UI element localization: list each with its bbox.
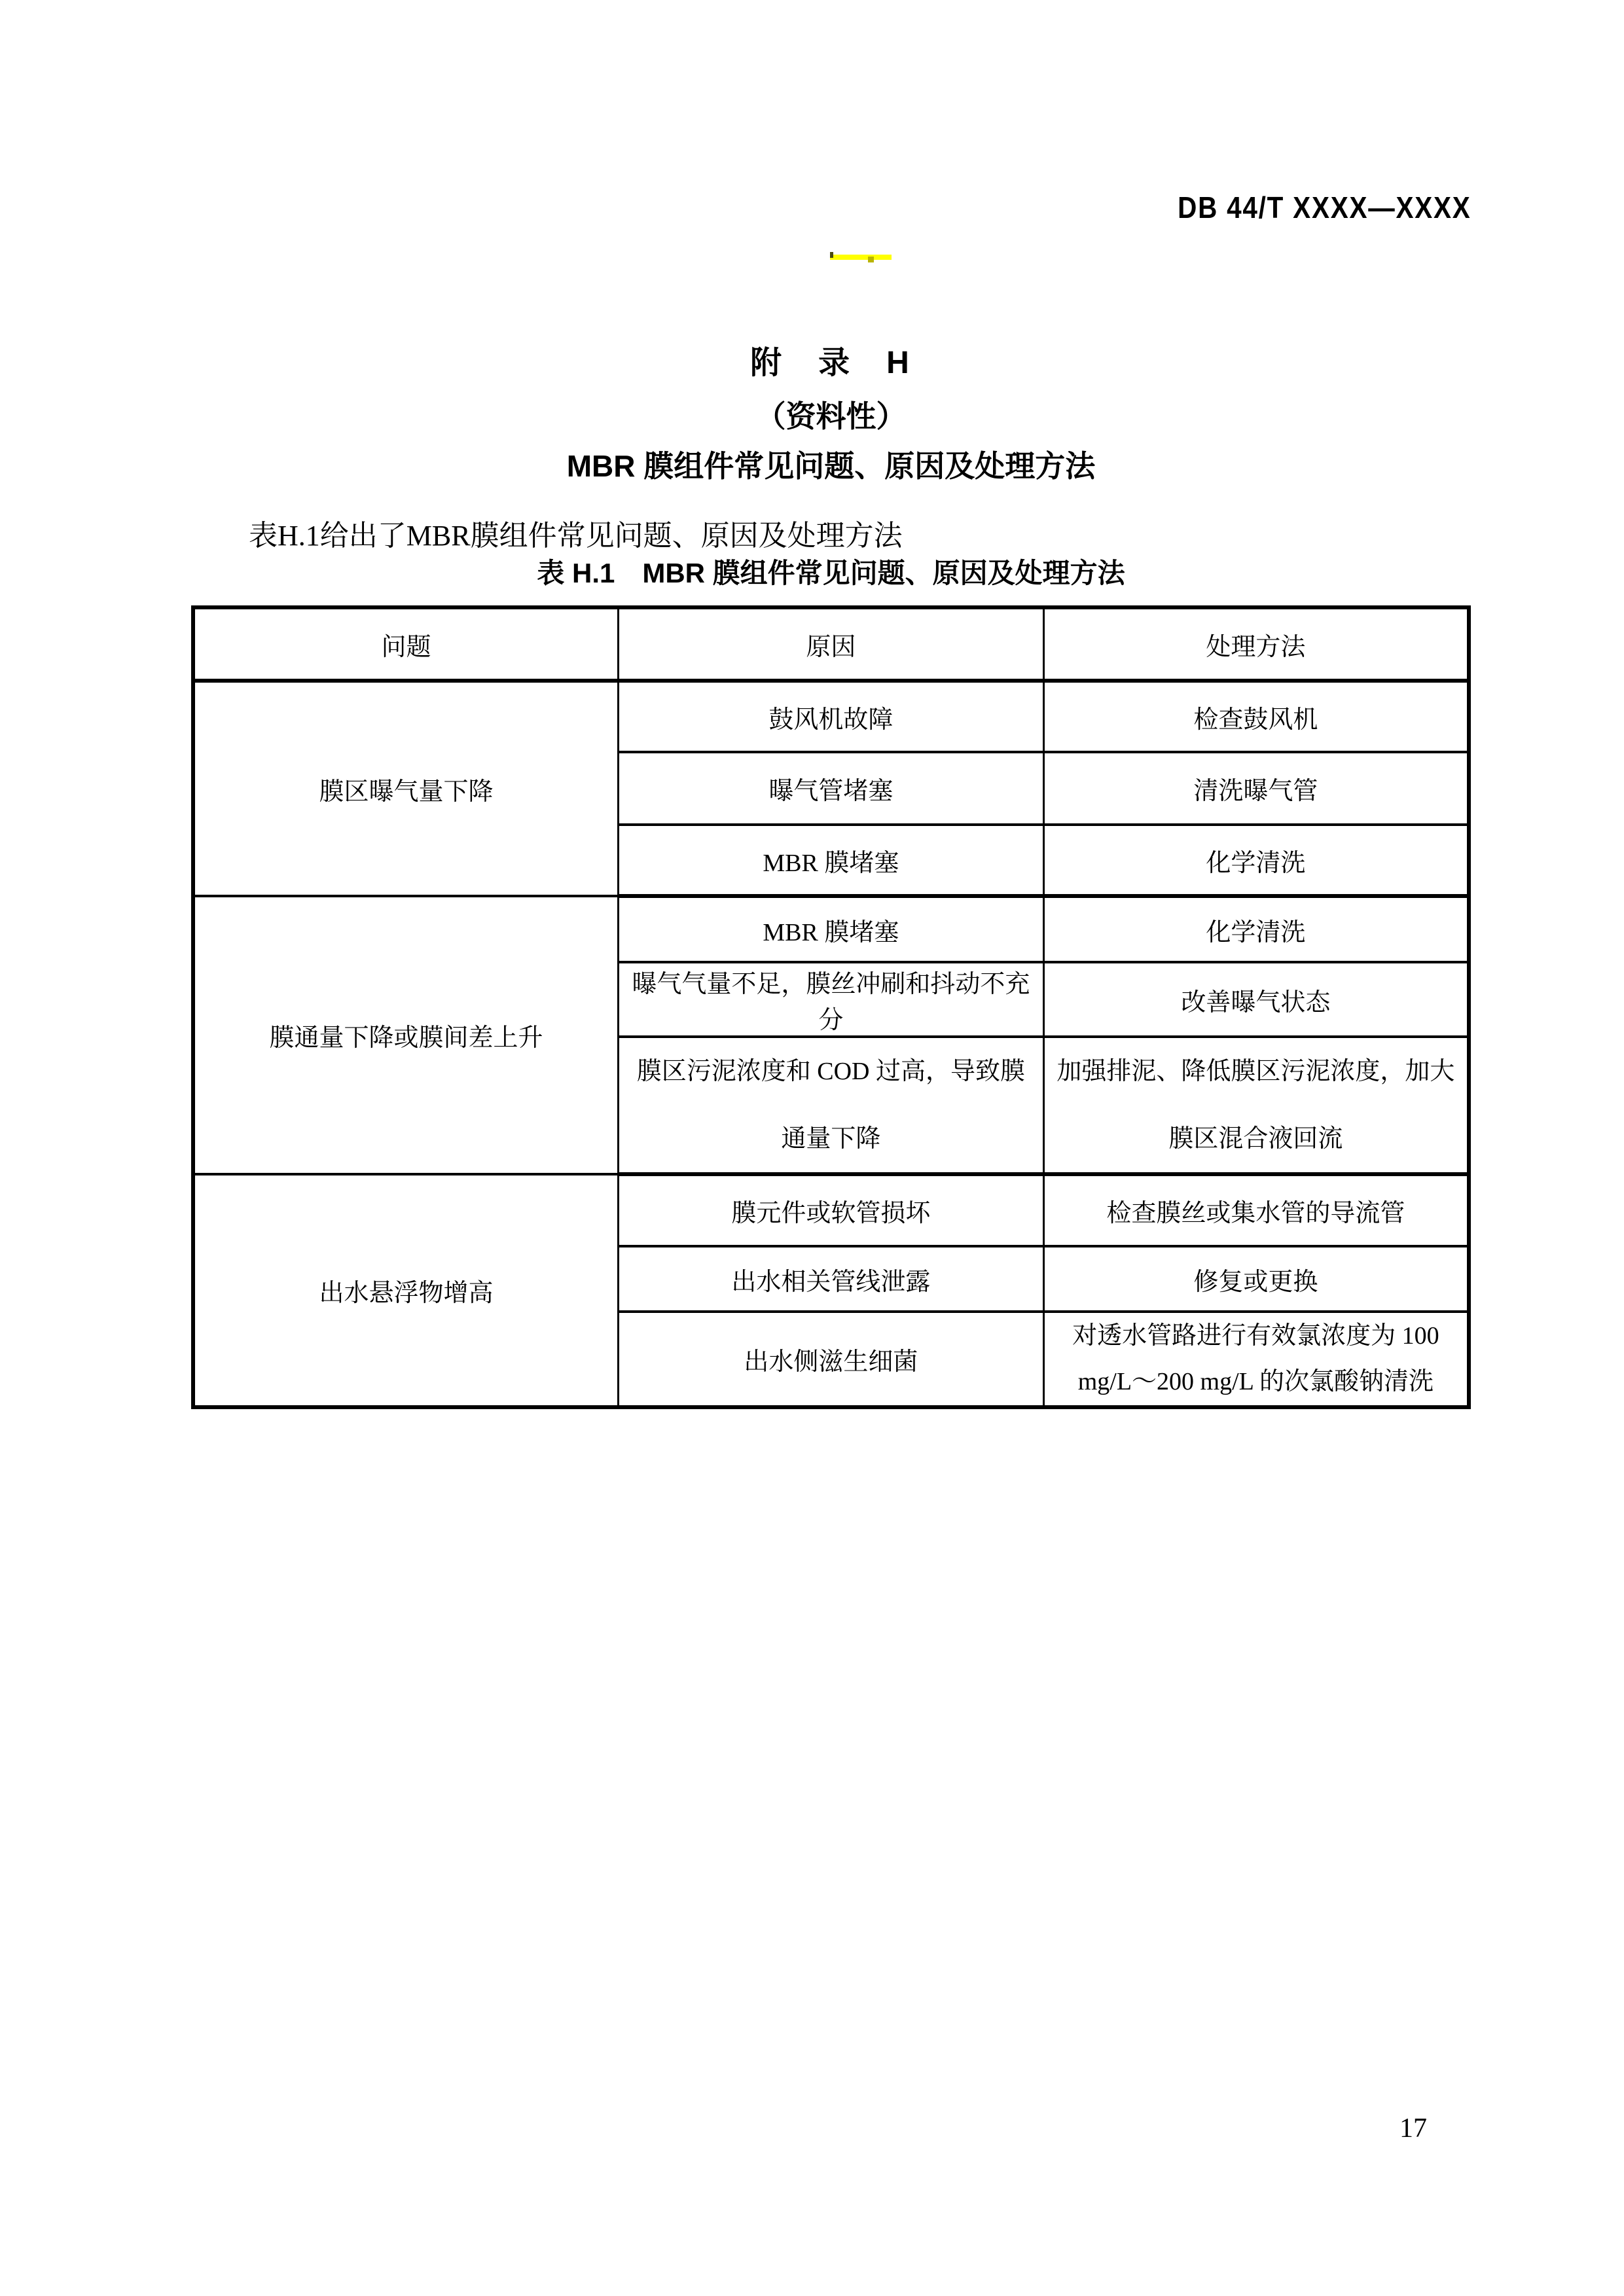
solution-cell: 检查膜丝或集水管的导流管	[1043, 1174, 1469, 1246]
solution-cell: 化学清洗	[1043, 825, 1469, 896]
appendix-subtitle: （资料性）	[191, 393, 1471, 436]
highlight-speck-left	[830, 252, 833, 258]
cause-cell: MBR 膜堵塞	[619, 825, 1044, 896]
table-header-row: 问题 原因 处理方法	[193, 607, 1469, 681]
solution-cell: 清洗曝气管	[1043, 752, 1469, 825]
intro-paragraph: 表H.1给出了MBR膜组件常见问题、原因及处理方法	[191, 518, 1471, 554]
cause-cell: 出水相关管线泄露	[619, 1246, 1044, 1312]
solution-cell: 对透水管路进行有效氯浓度为 100 mg/L～200 mg/L 的次氯酸钠清洗	[1043, 1312, 1469, 1407]
column-header-problem: 问题	[193, 607, 619, 681]
cause-cell: MBR 膜堵塞	[619, 896, 1044, 962]
solution-cell: 改善曝气状态	[1043, 962, 1469, 1037]
column-header-solution: 处理方法	[1043, 607, 1469, 681]
solution-cell: 化学清洗	[1043, 896, 1469, 962]
cause-cell: 出水侧滋生细菌	[619, 1312, 1044, 1407]
cause-cell: 鼓风机故障	[619, 681, 1044, 752]
table-row: 出水悬浮物增高 膜元件或软管损坏 检查膜丝或集水管的导流管	[193, 1174, 1469, 1246]
cause-cell: 膜元件或软管损坏	[619, 1174, 1044, 1246]
column-header-cause: 原因	[619, 607, 1044, 681]
solution-cell: 加强排泥、降低膜区污泥浓度，加大膜区混合液回流	[1043, 1037, 1469, 1174]
document-page: DB 44/T XXXX—XXXX 附 录 H （资料性） MBR 膜组件常见问…	[0, 0, 1624, 2296]
highlight-mark	[830, 253, 892, 260]
problems-table: 问题 原因 处理方法 膜区曝气量下降 鼓风机故障 检查鼓风机 曝气管堵塞 清洗曝…	[191, 605, 1471, 1409]
cause-cell: 曝气管堵塞	[619, 752, 1044, 825]
table-row: 膜区曝气量下降 鼓风机故障 检查鼓风机	[193, 681, 1469, 752]
table-row: 膜通量下降或膜间差上升 MBR 膜堵塞 化学清洗	[193, 896, 1469, 962]
highlight-speck-mid	[868, 257, 874, 262]
page-number: 17	[1399, 2113, 1427, 2144]
solution-cell: 检查鼓风机	[1043, 681, 1469, 752]
problem-cell: 出水悬浮物增高	[193, 1174, 619, 1407]
problem-cell: 膜区曝气量下降	[193, 681, 619, 896]
highlight-bar-fill	[830, 255, 892, 260]
cause-cell: 膜区污泥浓度和 COD 过高，导致膜通量下降	[619, 1037, 1044, 1174]
table-caption: 表 H.1 MBR 膜组件常见问题、原因及处理方法	[191, 552, 1471, 591]
appendix-title: 附 录 H	[191, 337, 1471, 382]
solution-cell: 修复或更换	[1043, 1246, 1469, 1312]
appendix-heading: MBR 膜组件常见问题、原因及处理方法	[191, 442, 1471, 486]
problem-cell: 膜通量下降或膜间差上升	[193, 896, 619, 1174]
standard-number: DB 44/T XXXX—XXXX	[1178, 190, 1471, 225]
cause-cell: 曝气气量不足，膜丝冲刷和抖动不充分	[619, 962, 1044, 1037]
